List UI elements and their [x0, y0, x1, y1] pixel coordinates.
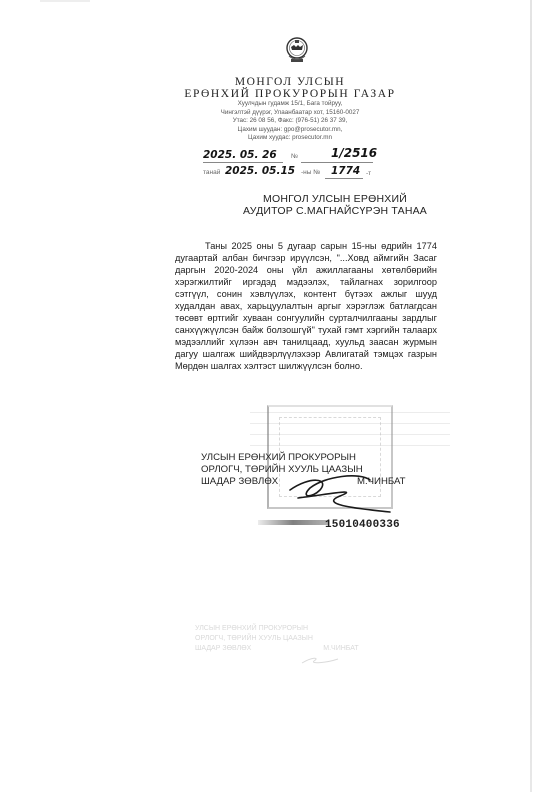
addressee-line1: МОНГОЛ УЛСЫН ЕРӨНХИЙ	[220, 193, 450, 205]
incoming-reference: танай 2025. 05.15 -ны № 1774 -т	[203, 165, 373, 179]
scan-artifact	[40, 0, 90, 2]
signer-title-text: ШАДАР ЗӨВЛӨХ	[201, 476, 278, 487]
org-line2: ЕРӨНХИЙ ПРОКУРОРЫН ГАЗАР	[180, 88, 400, 100]
outgoing-date: 2025. 05. 26	[203, 149, 277, 161]
organization-name: МОНГОЛ УЛСЫН ЕРӨНХИЙ ПРОКУРОРЫН ГАЗАР	[180, 76, 400, 100]
contact-address: Хуулчдын гудамж 15/1, Бага тойруу,	[190, 100, 390, 109]
contact-district: Чингэлтэй дүүрэг, Улаанбаатар хот, 15160…	[190, 109, 390, 118]
bleed-through-text: УЛСЫН ЕРӨНХИЙ ПРОКУРОРЫН ОРЛОГЧ, ТӨРИЙН …	[195, 624, 425, 654]
contact-website: Цахим хуудас: prosecutor.mn	[190, 134, 390, 143]
outgoing-registration: 2025. 05. 26 № 1/2516	[203, 149, 373, 163]
addressee-line2: АУДИТОР С.МАГНАЙСҮРЭН ТАНАА	[220, 205, 450, 217]
page-edge	[530, 0, 532, 792]
addressee: МОНГОЛ УЛСЫН ЕРӨНХИЙ АУДИТОР С.МАГНАЙСҮР…	[220, 193, 450, 217]
bleed-line3: ШАДАР ЗӨВЛӨХ М.ЧИНБАТ	[195, 644, 425, 654]
letter-body: Таны 2025 оны 5 дугаар сарын 15-ны өдрий…	[175, 240, 437, 372]
contact-info: Хуулчдын гудамж 15/1, Бага тойруу, Чингэ…	[190, 100, 390, 143]
document-serial-number: 15010400336	[325, 519, 400, 531]
number-label: №	[291, 153, 298, 160]
handwritten-signature-icon	[280, 468, 420, 518]
body-paragraph: Таны 2025 оны 5 дугаар сарын 15-ны өдрий…	[175, 240, 437, 372]
contact-email: Цахим шуудан: gpo@prosecutor.mn,	[190, 126, 390, 135]
contact-phone: Утас: 26 08 56, Факс: (976-51) 26 37 39,	[190, 117, 390, 126]
reply-prefix: танай	[203, 169, 220, 176]
bleed-signature-icon	[300, 655, 340, 665]
bleed-line2: ОРЛОГЧ, ТӨРИЙН ХУУЛЬ ЦААЗЫН	[195, 634, 425, 644]
org-line1: МОНГОЛ УЛСЫН	[180, 76, 400, 88]
bleed-line3-text: ШАДАР ЗӨВЛӨХ	[195, 645, 251, 652]
number-underline	[301, 162, 373, 163]
mongolia-state-emblem-icon	[282, 36, 312, 66]
bleed-line1: УЛСЫН ЕРӨНХИЙ ПРОКУРОРЫН	[195, 624, 425, 634]
reply-end: -т	[366, 170, 371, 177]
bleed-name: М.ЧИНБАТ	[323, 645, 358, 652]
scan-smear	[258, 520, 328, 525]
reply-date: 2025. 05.15	[225, 165, 295, 177]
reply-number: 1774	[331, 165, 360, 177]
date-underline	[203, 162, 283, 163]
reply-number-underline	[325, 178, 363, 179]
reply-suffix: -ны №	[301, 169, 320, 176]
signer-title-line1: УЛСЫН ЕРӨНХИЙ ПРОКУРОРЫН	[201, 452, 431, 464]
outgoing-number: 1/2516	[331, 146, 377, 160]
